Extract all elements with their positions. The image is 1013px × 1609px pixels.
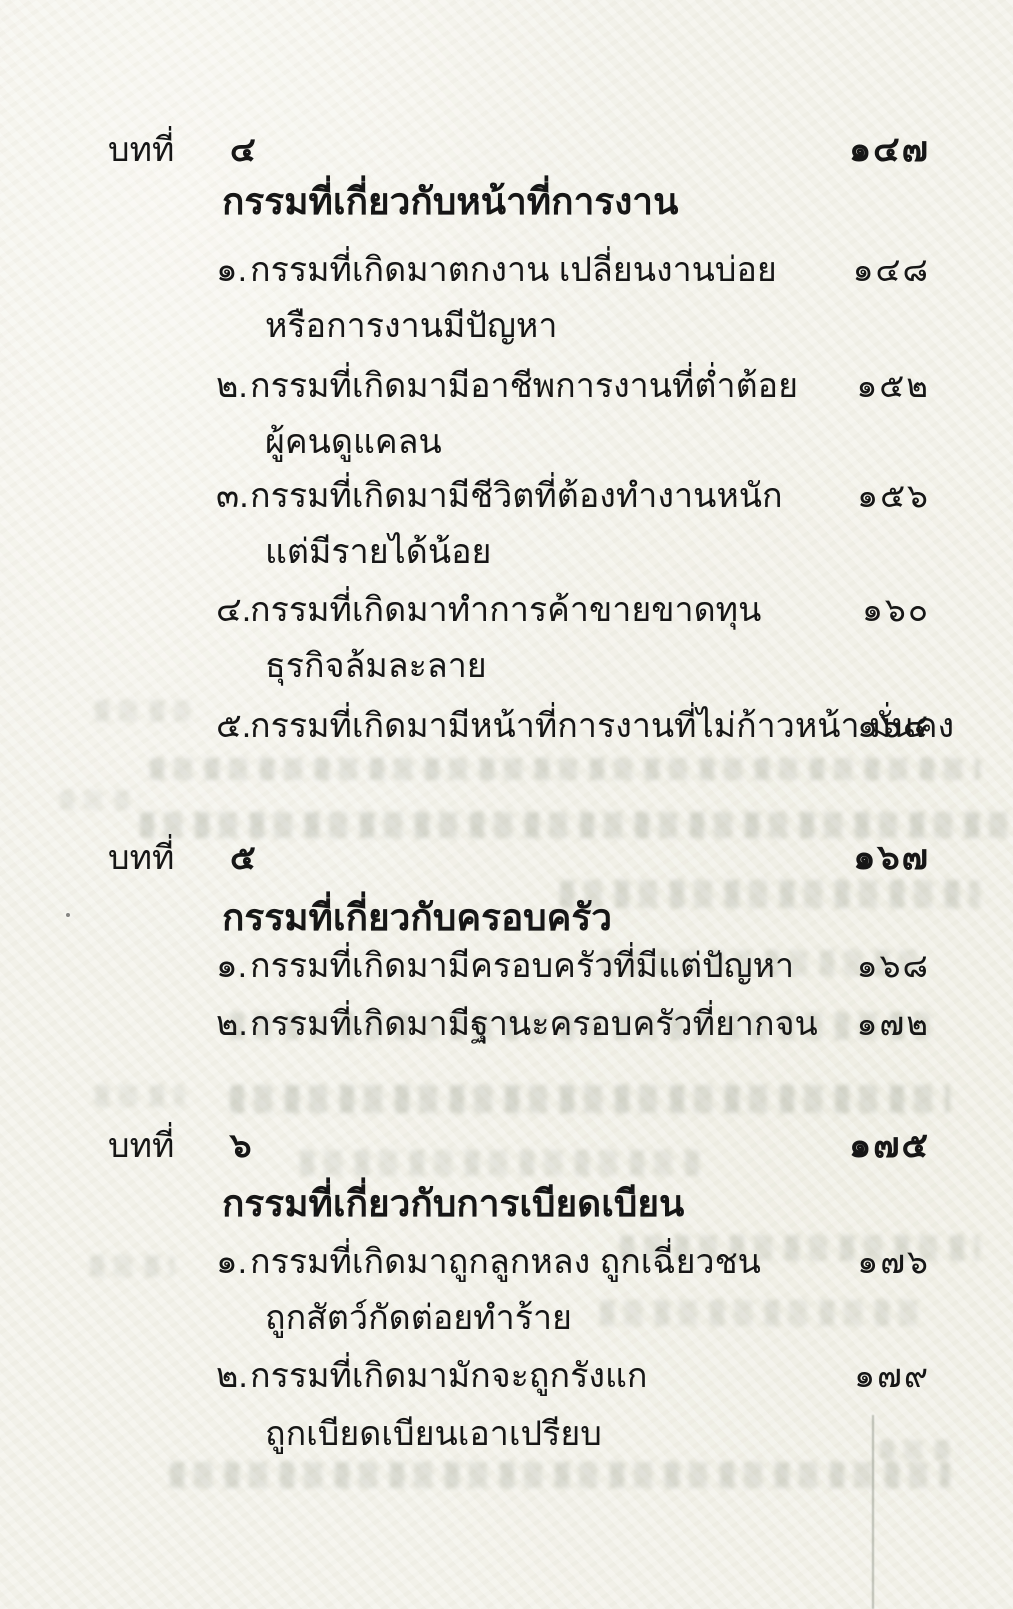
chapter-number: ๖ [230,1120,252,1172]
entry-number: ๑. [216,940,247,992]
bleed-through-artifact [95,1085,185,1107]
toc-entry: ๑. กรรมที่เกิดมาถูกลูกหลง ถูกเฉี่ยวชน ๑๗… [0,1236,930,1288]
bleed-through-artifact [60,790,140,810]
chapter-title: กรรมที่เกี่ยวกับหน้าที่การงาน [222,176,678,228]
entry-text: กรรมที่เกิดมามีฐานะครอบครัวที่ยากจน [250,998,818,1050]
bleed-through-artifact [150,758,980,780]
entry-number: ๕. [216,700,251,752]
entry-text: หรือการงานมีปัญหา [265,300,557,352]
chapter-title: กรรมที่เกี่ยวกับการเบียดเบียน [222,1178,684,1230]
page-number: ๑๖๔ [857,700,930,752]
entry-text: ถูกสัตว์กัดต่อยทำร้าย [265,1292,572,1344]
page-number: ๑๗๒ [856,998,930,1050]
page-number: ๑๗๖ [857,1236,930,1288]
page-number: ๑๖๐ [862,584,930,636]
page-number: ๑๔๗ [849,124,930,176]
entry-number: ๓. [216,470,249,522]
toc-entry: ๒. กรรมที่เกิดมามักจะถูกรังแก ๑๗๙ [0,1350,930,1402]
chapter-label: บทที่ [108,124,174,176]
chapter-heading: บทที่ ๕ ๑๖๗ [0,832,930,884]
entry-number: ๑. [216,1236,247,1288]
entry-text: กรรมที่เกิดมาทำการค้าขายขาดทุน [250,584,761,636]
entry-text: กรรมที่เกิดมามักจะถูกรังแก [250,1350,647,1402]
scanned-toc-page: บทที่ ๔ ๑๔๗ กรรมที่เกี่ยวกับหน้าที่การงา… [0,0,1013,1609]
toc-entry-continuation: ถูกเบียดเบียนเอาเปรียบ [0,1408,930,1460]
toc-entry-continuation: แต่มีรายได้น้อย [0,526,930,578]
chapter-title: กรรมที่เกี่ยวกับครอบครัว [222,892,612,944]
entry-number: ๑. [216,244,247,296]
page-number: ๑๖๗ [853,832,930,884]
chapter-label: บทที่ [108,1120,174,1172]
toc-entry-continuation: ผู้คนดูแคลน [0,416,930,468]
chapter-title-row: กรรมที่เกี่ยวกับครอบครัว [0,892,930,944]
entry-number: ๒. [216,1350,248,1402]
chapter-label: บทที่ [108,832,174,884]
toc-entry: ๑. กรรมที่เกิดมามีครอบครัวที่มีแต่ปัญหา … [0,940,930,992]
page-number: ๑๗๕ [849,1120,930,1172]
toc-entry-continuation: ธุรกิจล้มละลาย [0,640,930,692]
entry-text: กรรมที่เกิดมาถูกลูกหลง ถูกเฉี่ยวชน [250,1236,761,1288]
entry-text: ถูกเบียดเบียนเอาเปรียบ [265,1408,602,1460]
bleed-through-artifact [170,1462,950,1488]
entry-text: ธุรกิจล้มละลาย [265,640,487,692]
page-number: ๑๖๘ [857,940,930,992]
entry-text: กรรมที่เกิดมามีหน้าที่การงานที่ไม่ก้าวหน… [250,700,954,752]
chapter-heading: บทที่ ๔ ๑๔๗ [0,124,930,176]
chapter-number: ๔ [230,124,256,176]
entry-text: ผู้คนดูแคลน [265,416,442,468]
entry-number: ๔. [216,584,251,636]
chapter-number: ๕ [230,832,256,884]
toc-entry: ๕. กรรมที่เกิดมามีหน้าที่การงานที่ไม่ก้า… [0,700,930,752]
chapter-heading: บทที่ ๖ ๑๗๕ [0,1120,930,1172]
entry-number: ๒. [216,998,248,1050]
toc-entry: ๑. กรรมที่เกิดมาตกงาน เปลี่ยนงานบ่อย ๑๔๘ [0,244,930,296]
entry-text: กรรมที่เกิดมามีครอบครัวที่มีแต่ปัญหา [250,940,794,992]
toc-entry: ๒. กรรมที่เกิดมามีอาชีพการงานที่ต่ำต้อย … [0,360,930,412]
entry-text: แต่มีรายได้น้อย [265,526,491,578]
toc-entry: ๓. กรรมที่เกิดมามีชีวิตที่ต้องทำงานหนัก … [0,470,930,522]
toc-entry-continuation: ถูกสัตว์กัดต่อยทำร้าย [0,1292,930,1344]
bleed-through-artifact [230,1085,950,1113]
chapter-title-row: กรรมที่เกี่ยวกับการเบียดเบียน [0,1178,930,1230]
toc-entry: ๔. กรรมที่เกิดมาทำการค้าขายขาดทุน ๑๖๐ [0,584,930,636]
toc-entry-continuation: หรือการงานมีปัญหา [0,300,930,352]
toc-entry: ๒. กรรมที่เกิดมามีฐานะครอบครัวที่ยากจน ๑… [0,998,930,1050]
entry-text: กรรมที่เกิดมาตกงาน เปลี่ยนงานบ่อย [250,244,777,296]
entry-text: กรรมที่เกิดมามีชีวิตที่ต้องทำงานหนัก [250,470,783,522]
entry-number: ๒. [216,360,248,412]
page-number: ๑๕๒ [856,360,930,412]
chapter-title-row: กรรมที่เกี่ยวกับหน้าที่การงาน [0,176,930,228]
entry-text: กรรมที่เกิดมามีอาชีพการงานที่ต่ำต้อย [250,360,798,412]
page-number: ๑๗๙ [854,1350,930,1402]
page-number: ๑๕๖ [857,470,930,522]
page-number: ๑๔๘ [853,244,930,296]
